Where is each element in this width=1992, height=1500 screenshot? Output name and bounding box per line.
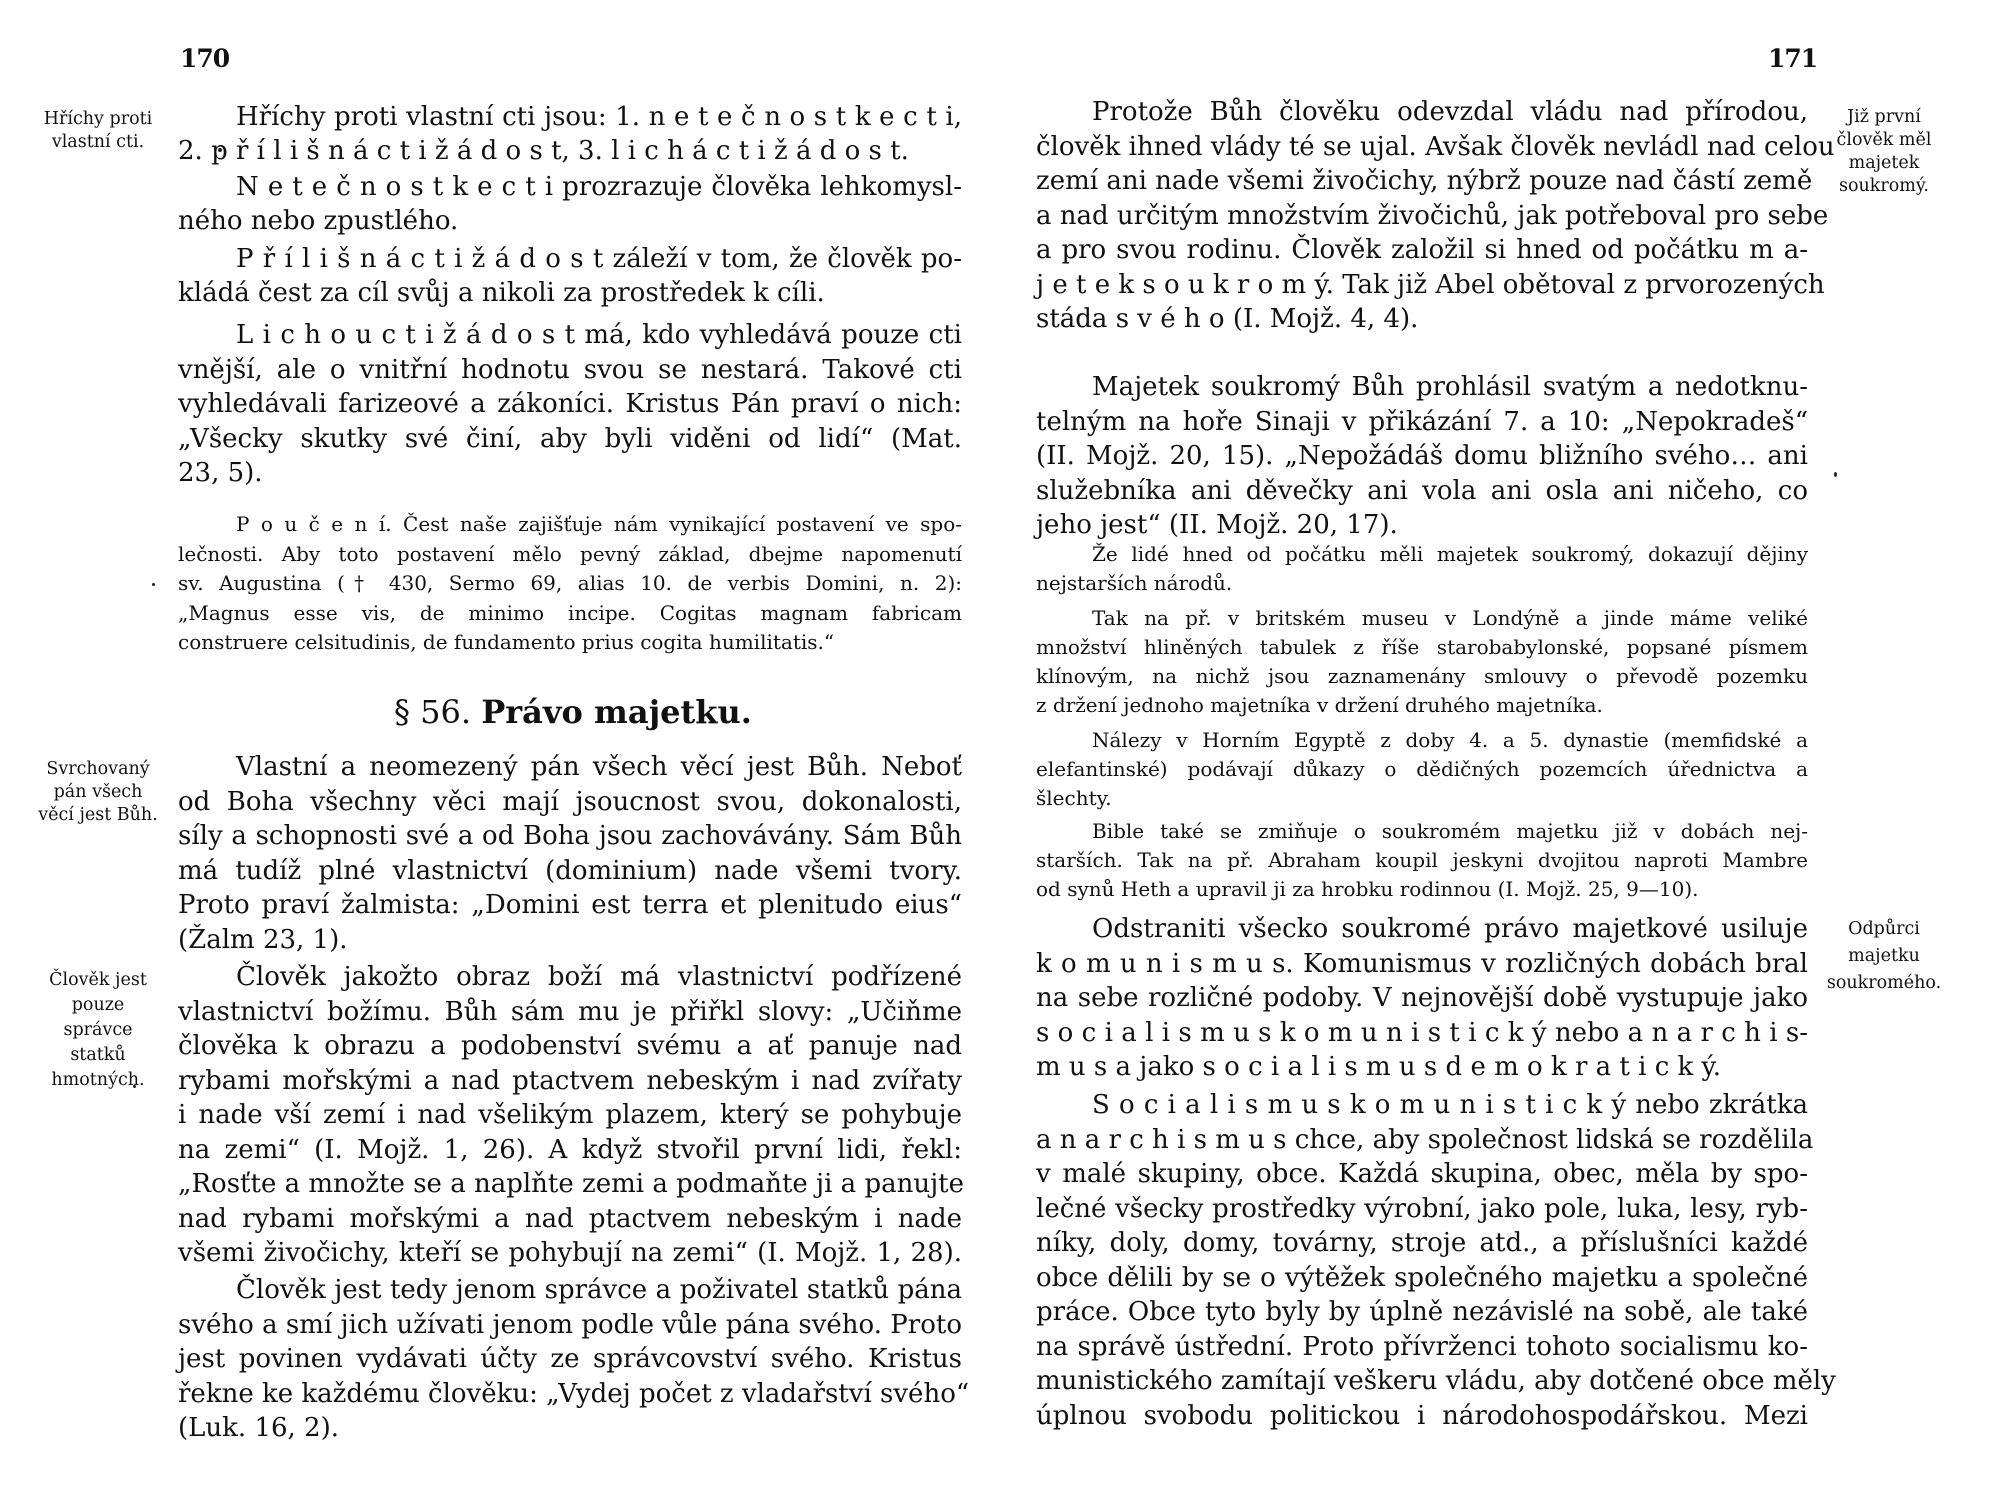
text-line: a pro svou rodinu. Člověk založil si hne… — [1036, 233, 1808, 267]
text-line: rybami mořskými a nad ptactvem nebeským … — [178, 1064, 962, 1098]
page-171: 171 Již první člověk měl majetek soukrom… — [996, 0, 1992, 1500]
text-line: N e t e č n o s t k e c t i prozrazuje č… — [236, 170, 962, 204]
text-line: práce. Obce tyto byly by úplně nezávislé… — [1036, 1295, 1808, 1329]
text-line: (Luk. 16, 2). — [178, 1411, 962, 1445]
text-line: L i c h o u c t i ž á d o s t má, kdo vy… — [236, 318, 962, 352]
text-line: munistického zamítají veškeru vládu, aby… — [1036, 1364, 1808, 1398]
text-line: Tak na př. v britském museu v Londýně a … — [1092, 604, 1808, 633]
margin-note-line: statků — [22, 1043, 174, 1068]
margin-note-line: vlastní cti. — [22, 131, 174, 154]
text-line: telným na hoře Sinaji v přikázání 7. a 1… — [1036, 405, 1808, 439]
text-line: j e t e k s o u k r o m ý. Tak již Abel … — [1036, 268, 1808, 302]
text-line: „Rosťte a množte se a naplňte zemi a pod… — [178, 1167, 962, 1201]
text-line: Člověk jest tedy jenom správce a poživat… — [236, 1273, 962, 1307]
margin-note-line: majetek — [1822, 152, 1946, 175]
text-line: stáda s v é h o (I. Mojž. 4, 4). — [1036, 302, 1808, 336]
text-line: construere celsitudinis, de fundamento p… — [178, 628, 962, 657]
text-line: sv. Augustina († 430, Sermo 69, alias 10… — [178, 569, 962, 598]
text-line: na zemi“ (I. Mojž. 1, 26). A když stvoři… — [178, 1133, 962, 1167]
text-line: v malé skupiny, obce. Každá skupina, obe… — [1036, 1157, 1808, 1191]
text-line: m u s a jako s o c i a l i s m u s d e m… — [1036, 1050, 1808, 1084]
text-line: od synů Heth a upravil ji za hrobku rodi… — [1036, 875, 1808, 904]
text-line: P o u č e n í. Čest naše zajišťuje nám v… — [236, 510, 962, 539]
text-line: starších. Tak na př. Abraham koupil jesk… — [1036, 846, 1808, 875]
text-line: klínovým, na nichž jsou zaznamenány smlo… — [1036, 662, 1808, 691]
text-line: (II. Mojž. 20, 15). „Nepožádáš domu bliž… — [1036, 439, 1808, 473]
margin-note-line: Svrchovaný — [22, 758, 174, 781]
text-line: Vlastní a neomezený pán všech věcí jest … — [236, 750, 962, 784]
text-line: obce dělili by se o výtěžek společného m… — [1036, 1261, 1808, 1295]
text-line: člověka k obrazu a podobenství svému a a… — [178, 1029, 962, 1063]
page-number: 170 — [180, 44, 229, 73]
text-line: ného nebo zpustlého. — [178, 204, 962, 238]
text-line: Hříchy proti vlastní cti jsou: 1. n e t … — [236, 100, 962, 134]
text-line: Že lidé hned od počátku měli majetek sou… — [1092, 540, 1808, 569]
margin-note-line: Odpůrci — [1822, 916, 1946, 943]
text-line: lečné všecky prostředky výrobní, jako po… — [1036, 1192, 1808, 1226]
text-line: kládá čest za cíl svůj a nikoli za prost… — [178, 276, 962, 310]
text-line: všemi živočichy, kteří se pohybují na ze… — [178, 1236, 962, 1270]
text-line: řekne ke každému člověku: „Vydej počet z… — [178, 1377, 962, 1411]
section-number: § 56. — [394, 693, 471, 731]
section-heading: § 56. Právo majetku. — [394, 693, 752, 731]
margin-note-line: Člověk jest — [22, 968, 174, 993]
text-line: má tudíž plné vlastnictví (dominium) nad… — [178, 854, 962, 888]
text-line: na sebe rozličné podoby. V nejnovější do… — [1036, 981, 1808, 1015]
text-line: (Žalm 23, 1). — [178, 923, 962, 957]
margin-note-line: věcí jest Bůh. — [22, 804, 174, 827]
text-line: s o c i a l i s m u s k o m u n i s t i … — [1036, 1016, 1808, 1050]
text-line: z držení jednoho majetníka v držení druh… — [1036, 691, 1808, 720]
margin-note-line: člověk měl — [1822, 129, 1946, 152]
text-line: Proto praví žalmista: „Domini est terra … — [178, 888, 962, 922]
margin-note-man-steward: Člověk jest pouze správce statků hmotnýc… — [22, 968, 174, 1093]
page-number: 171 — [1768, 44, 1817, 73]
text-line: a nad určitým množstvím živočichů, jak p… — [1036, 199, 1808, 233]
margin-note-line: pán všech — [22, 781, 174, 804]
text-line: 23, 5). — [178, 456, 962, 490]
text-line: lečnosti. Aby toto postavení mělo pevný … — [178, 540, 962, 569]
margin-note-sovereign-lord: Svrchovaný pán všech věcí jest Bůh. — [22, 758, 174, 827]
margin-note-sins-against-honor: Hříchy proti vlastní cti. — [22, 108, 174, 154]
text-line: služebníka ani děvečky ani vola ani osla… — [1036, 474, 1808, 508]
text-line: šlechty. — [1036, 784, 1808, 813]
text-line: vlastnictví božímu. Bůh sám mu je přiřkl… — [178, 995, 962, 1029]
text-line: níky, doly, domy, továrny, stroje atd., … — [1036, 1226, 1808, 1260]
text-line: úplnou svobodu politickou i národohospod… — [1036, 1399, 1808, 1433]
text-line: Odstraniti všecko soukromé právo majetko… — [1092, 912, 1808, 946]
text-line: svého a smí jich užívati jenom podle vůl… — [178, 1308, 962, 1342]
margin-note-opponents-property: Odpůrci majetku soukromého. — [1822, 916, 1946, 997]
text-line: „Magnus esse vis, de minimo incipe. Cogi… — [178, 599, 962, 628]
text-line: jeho jest“ (II. Mojž. 20, 17). — [1036, 508, 1808, 542]
text-line: P ř í l i š n á c t i ž á d o s t záleží… — [236, 242, 962, 276]
text-line: jest povinen vydávati účty ze správcovst… — [178, 1342, 962, 1376]
text-line: k o m u n i s m u s. Komunismus v rozlič… — [1036, 947, 1808, 981]
margin-note-first-man-property: Již první člověk měl majetek soukromý. — [1822, 106, 1946, 198]
text-line: Nálezy v Horním Egyptě z doby 4. a 5. dy… — [1092, 726, 1808, 755]
text-line: elefantinské) podávají důkazy o dědičnýc… — [1036, 755, 1808, 784]
text-line: Protože Bůh člověku odevzdal vládu nad p… — [1092, 95, 1808, 129]
margin-note-line: Již první — [1822, 106, 1946, 129]
scan-speck — [218, 148, 222, 152]
margin-note-line: správce — [22, 1018, 174, 1043]
scan-speck — [1834, 472, 1837, 477]
text-line: vyhledávali farizeové a zákoníci. Kristu… — [178, 387, 962, 421]
margin-note-line: hmotných. — [22, 1068, 174, 1093]
text-line: i nade vší zemí i nad všelikým plazem, k… — [178, 1098, 962, 1132]
text-line: síly a schopnosti své a od Boha jsou zac… — [178, 819, 962, 853]
text-line: vnější, ale o vnitřní hodnotu svou se ne… — [178, 353, 962, 387]
text-line: zemí ani nade všemi živočichy, nýbrž pou… — [1036, 164, 1808, 198]
text-line: nejstarších národů. — [1036, 569, 1808, 598]
text-line: 2. p ř í l i š n á c t i ž á d o s t, 3.… — [178, 134, 962, 168]
text-line: „Všecky skutky své činí, aby byli viděni… — [178, 422, 962, 456]
margin-note-line: soukromý. — [1822, 175, 1946, 198]
text-line: na správě ústřední. Proto přívrženci toh… — [1036, 1330, 1808, 1364]
scan-speck — [133, 1085, 136, 1088]
text-line: množství hliněných tabulek z říše starob… — [1036, 633, 1808, 662]
margin-note-line: Hříchy proti — [22, 108, 174, 131]
text-line: Bible také se zmiňuje o soukromém majetk… — [1092, 817, 1808, 846]
margin-note-line: majetku — [1822, 943, 1946, 970]
text-line: Člověk jakožto obraz boží má vlastnictví… — [236, 960, 962, 994]
text-line: Majetek soukromý Bůh prohlásil svatým a … — [1092, 370, 1808, 404]
text-line: a n a r c h i s m u s chce, aby společno… — [1036, 1123, 1808, 1157]
text-line: S o c i a l i s m u s k o m u n i s t i … — [1092, 1088, 1808, 1122]
scan-speck — [152, 583, 155, 586]
text-line: člověk ihned vlády té se ujal. Avšak člo… — [1036, 130, 1808, 164]
text-line: od Boha všechny věci mají jsoucnost svou… — [178, 785, 962, 819]
page-170: 170 Hříchy proti vlastní cti. Svrchovaný… — [0, 0, 996, 1500]
margin-note-line: pouze — [22, 993, 174, 1018]
text-line: nad rybami mořskými a nad ptactvem nebes… — [178, 1202, 962, 1236]
margin-note-line: soukromého. — [1822, 970, 1946, 997]
section-title: Právo majetku. — [481, 693, 752, 731]
